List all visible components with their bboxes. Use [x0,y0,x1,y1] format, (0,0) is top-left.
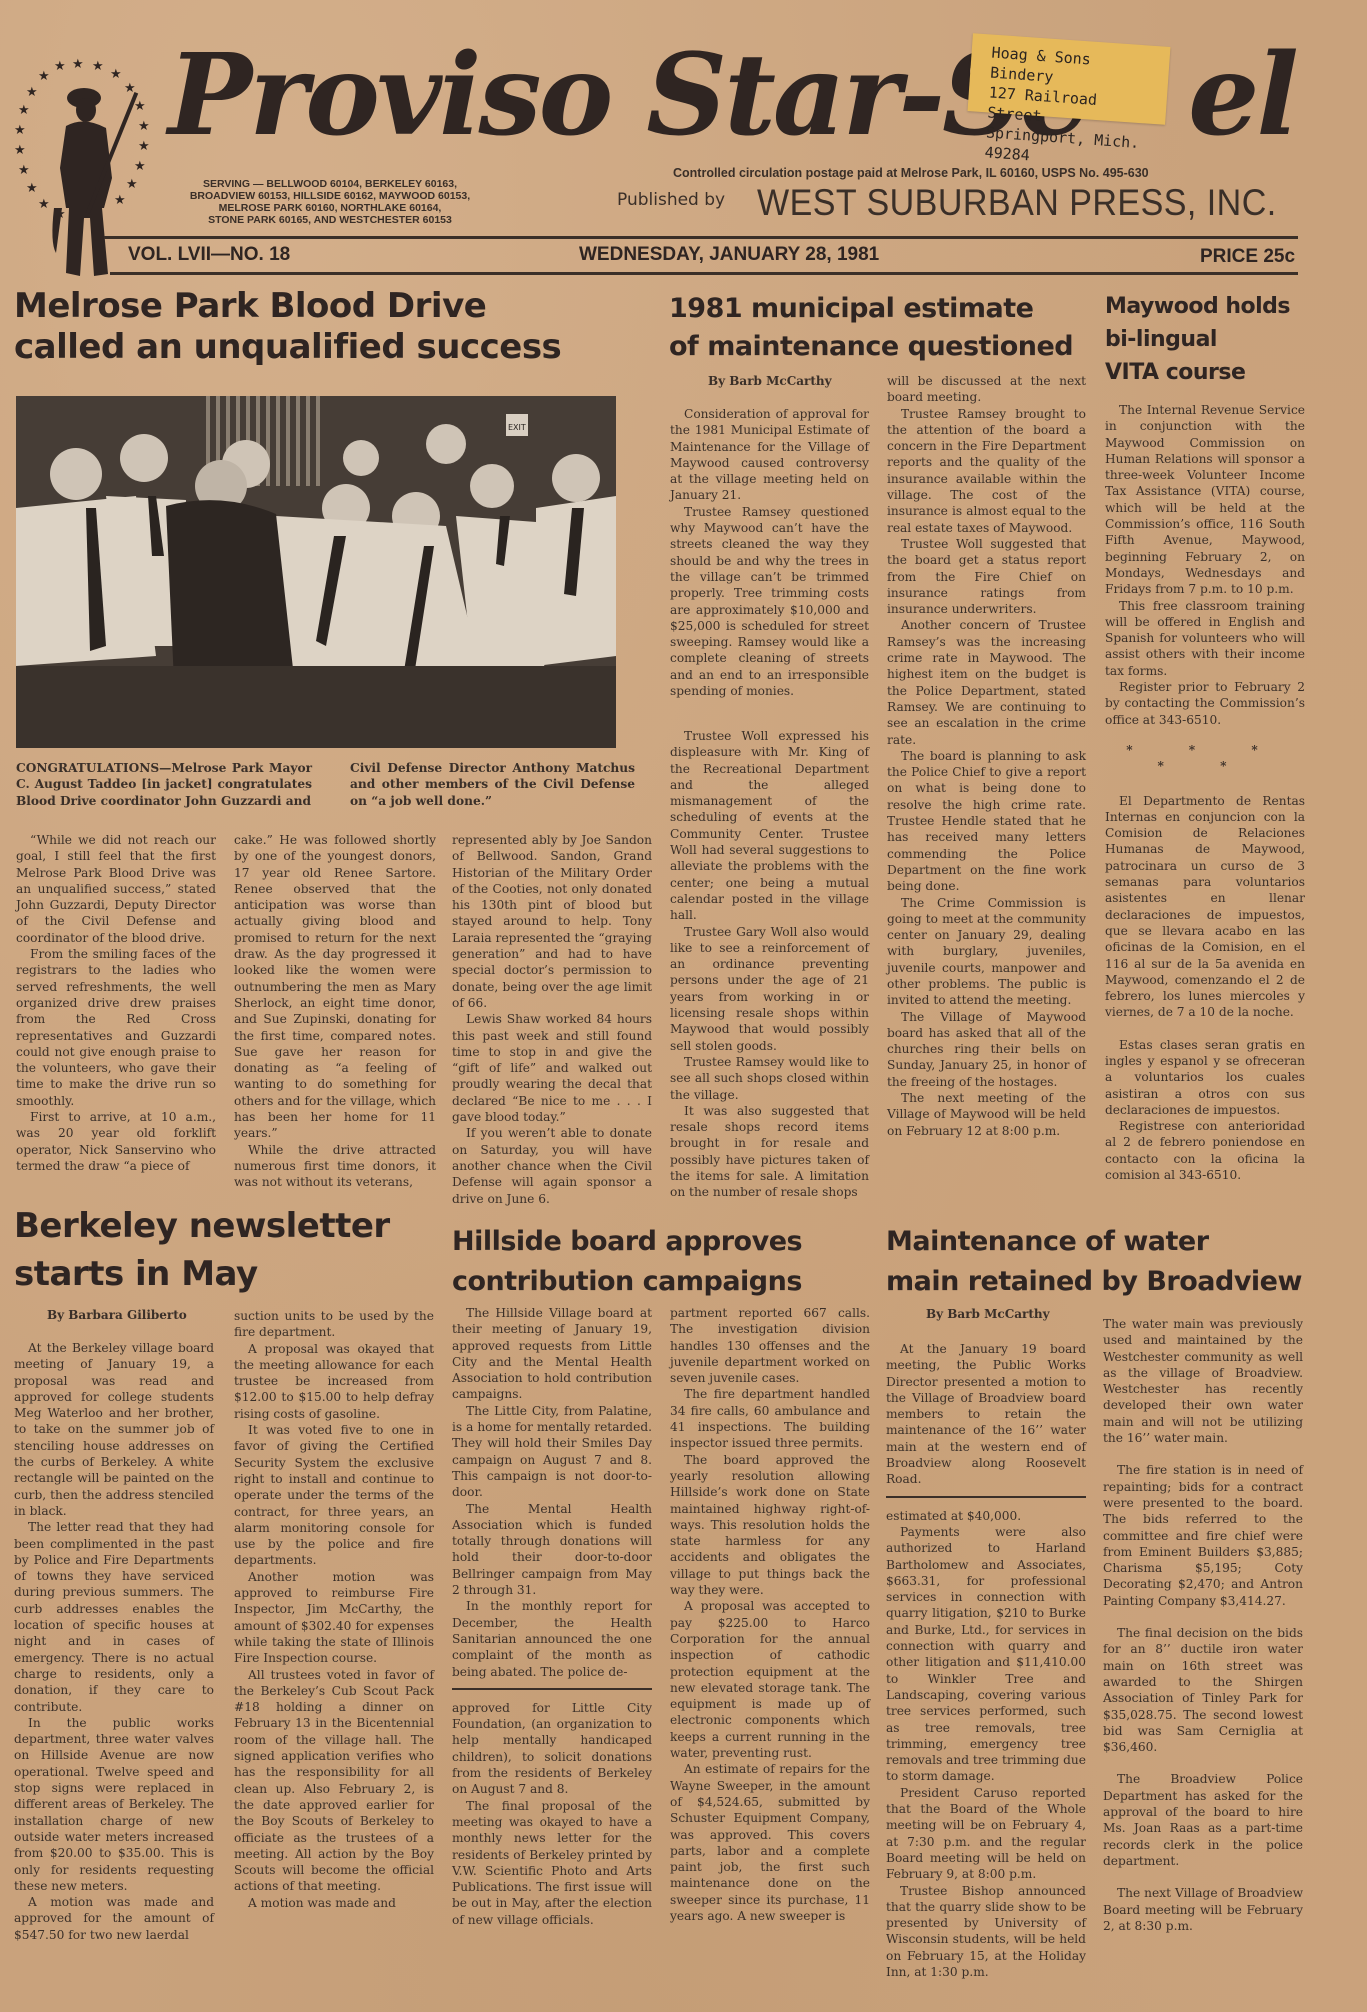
svg-text:★: ★ [38,69,50,84]
paragraph: Another concern of Trustee Ramsey’s was … [887,617,1086,747]
serving-line: STONE PARK 60165, AND WESTCHESTER 60153 [150,214,510,226]
paragraph: The fire department handled 34 fire call… [670,1386,870,1451]
paragraph: The fire station is in need of repaintin… [1103,1462,1303,1609]
svg-text:★: ★ [14,123,26,138]
photo-caption-left: CONGRATULATIONS—Melrose Park Mayor C. Au… [16,760,312,809]
paragraph: Trustee Ramsey would like to see all suc… [670,1054,869,1103]
paragraph: President Caruso reported that the Board… [886,1785,1086,1883]
paragraph: The Broadview Police Department has aske… [1103,1771,1303,1869]
paragraph: A proposal was okayed that the meeting a… [234,1341,434,1422]
svg-text:★: ★ [126,177,138,192]
svg-text:★: ★ [138,139,150,154]
headline-vita-course: Maywood holds bi-lingual VITA course [1105,290,1290,389]
paragraph: First to arrive, at 10 a.m., was 20 year… [16,1109,216,1174]
svg-text:★: ★ [134,159,146,174]
paragraph: Trustee Woll suggested that the board ge… [887,536,1086,617]
paragraph: represented ably by Joe Sandon of Bellwo… [452,832,652,1011]
paragraph: All trustees voted in favor of the Berke… [234,1667,434,1895]
paragraph: From the smiling faces of the registrars… [16,946,216,1109]
paragraph: The letter read that they had been compl… [14,1519,214,1715]
headline-line: Melrose Park Blood Drive [14,286,561,327]
svg-text:★: ★ [26,181,38,196]
paragraph: In the monthly report for December, the … [452,1598,652,1679]
headline-line: Hillside board approves [452,1222,802,1262]
paragraph: The Internal Revenue Service in conjunct… [1105,402,1305,598]
volume-number: VOL. LVII—NO. 18 [128,244,290,266]
section-separator: * * * * * [1105,742,1305,775]
paragraph: The Crime Commission is going to meet at… [887,895,1086,1009]
paragraph: The Village of Maywood board has asked t… [887,1009,1086,1090]
headline-line: starts in May [14,1250,390,1298]
paragraph: It was voted five to one in favor of giv… [234,1422,434,1569]
paragraph: “While we did not reach our goal, I stil… [16,832,216,946]
svg-text:★: ★ [138,119,150,134]
svg-text:★: ★ [54,59,66,74]
paragraph: partment reported 667 calls. The investi… [670,1305,870,1386]
paragraph: At the January 19 board meeting, the Pub… [886,1341,1086,1488]
paragraph: Estas clases seran gratis en ingles y es… [1105,1037,1305,1118]
municipal-column-1a: Consideration of approval for the 1981 M… [670,406,869,699]
paragraph: Register prior to February 2 by contacti… [1105,679,1305,728]
svg-text:★: ★ [92,59,104,74]
berkeley-column-1: At the Berkeley village board meeting of… [14,1340,214,1943]
berkeley-column-2: suction units to be used by the fire dep… [234,1308,434,1911]
paragraph: The board approved the yearly resolution… [670,1452,870,1599]
masthead-rule-top [104,236,1298,239]
paragraph: At the Berkeley village board meeting of… [14,1340,214,1519]
paragraph: The next meeting of the Village of Maywo… [887,1090,1086,1139]
paragraph: The final decision on the bids for an 8’… [1103,1625,1303,1755]
byline-municipal: By Barb McCarthy [708,374,832,388]
broadview-column-1: At the January 19 board meeting, the Pub… [886,1341,1086,1980]
serving-line: BROADVIEW 60153, HILLSIDE 60162, MAYWOOD… [150,190,510,202]
vita-column: The Internal Revenue Service in conjunct… [1105,402,1305,1183]
paragraph: A motion was made and [234,1895,434,1911]
issue-price: PRICE 25c [1200,246,1295,268]
paragraph: If you weren’t able to donate on Saturda… [452,1125,652,1206]
paragraph: Another motion was approved to reimburse… [234,1569,434,1667]
paragraph: The Mental Health Association which is f… [452,1501,652,1599]
serving-communities: SERVING — BELLWOOD 60104, BERKELEY 60163… [150,178,510,226]
svg-text:★: ★ [110,67,122,82]
paragraph: Trustee Bishop announced that the quarry… [886,1883,1086,1981]
headline-line: contribution campaigns [452,1262,802,1302]
paragraph: A motion was made and approved for the a… [14,1894,214,1943]
svg-text:★: ★ [38,197,50,212]
svg-text:★: ★ [14,143,26,158]
byline-broadview: By Barb McCarthy [926,1307,1050,1321]
paragraph: It was also suggested that resale shops … [670,1103,869,1201]
byline-berkeley: By Barbara Giliberto [47,1308,187,1322]
paragraph: estimated at $40,000. [886,1508,1086,1524]
postage-notice: Controlled circulation postage paid at M… [673,166,1149,180]
headline-line: VITA course [1105,356,1290,389]
hillside-column-1: The Hillside Village board at their meet… [452,1305,652,1928]
headline-broadview-water-main: Maintenance of water main retained by Br… [886,1222,1302,1302]
headline-blood-drive: Melrose Park Blood Drive called an unqua… [14,286,561,369]
paragraph: Trustee Ramsey brought to the attention … [887,406,1086,536]
jump-divider [452,1688,652,1690]
paragraph: Lewis Shaw worked 84 hours this past wee… [452,1011,652,1125]
photo-caption-right: Civil Defense Director Anthony Matchus a… [350,760,635,809]
masthead-rule-bottom [110,272,1298,275]
headline-hillside-board: Hillside board approves contribution cam… [452,1222,802,1302]
serving-line: MELROSE PARK 60160, NORTHLAKE 60164, [150,202,510,214]
svg-text:EXIT: EXIT [508,423,526,432]
svg-text:★: ★ [18,103,30,118]
paragraph: The Little City, from Palatine, is a hom… [452,1403,652,1501]
published-by-label: Published by [617,190,725,210]
headline-line: main retained by Broadview [886,1262,1302,1302]
headline-line: Maintenance of water [886,1222,1302,1262]
berkeley-continued-paragraph: The final proposal of the meeting was ok… [452,1798,652,1928]
paragraph: Payments were also authorized to Harland… [886,1524,1086,1785]
svg-text:★: ★ [18,163,30,178]
paragraph: In the public works department, three wa… [14,1715,214,1894]
blood-drive-column-2: cake.” He was followed shortly by one of… [234,832,436,1191]
paragraph: cake.” He was followed shortly by one of… [234,832,436,1142]
blood-drive-photo: EXIT [16,396,616,748]
svg-text:★: ★ [26,85,38,100]
paragraph: An estimate of repairs for the Wayne Swe… [670,1761,870,1924]
serving-line: SERVING — BELLWOOD 60104, BERKELEY 60163… [150,178,510,190]
mailing-address-label: Hoag & Sons Bindery 127 Railroad Street … [968,33,1171,125]
paragraph: Trustee Ramsey questioned why Maywood ca… [670,504,869,700]
publisher-name: WEST SUBURBAN PRESS, INC. [757,182,1277,224]
headline-municipal-estimate: 1981 municipal estimate of maintenance q… [669,290,1073,366]
issue-date: WEDNESDAY, JANUARY 28, 1981 [579,244,879,266]
paragraph: Consideration of approval for the 1981 M… [670,406,869,504]
paragraph: suction units to be used by the fire dep… [234,1308,434,1341]
paragraph: This free classroom training will be off… [1105,598,1305,679]
paragraph: Registrese con anterioridad al 2 de febr… [1105,1118,1305,1183]
municipal-column-2: will be discussed at the next board meet… [887,373,1086,1139]
headline-line: Maywood holds [1105,290,1290,323]
headline-berkeley-newsletter: Berkeley newsletter starts in May [14,1202,390,1298]
broadview-column-2: The water main was previously used and m… [1103,1316,1303,1934]
blood-drive-column-1: “While we did not reach our goal, I stil… [16,832,216,1174]
jump-divider [886,1496,1086,1498]
svg-text:★: ★ [134,99,146,114]
municipal-column-1b: Trustee Woll expressed his displeasure w… [670,728,869,1201]
paragraph: Trustee Gary Woll also would like to see… [670,924,869,1054]
blood-drive-column-3: represented ably by Joe Sandon of Bellwo… [452,832,652,1207]
paragraph: will be discussed at the next board meet… [887,373,1086,406]
headline-line: 1981 municipal estimate [669,290,1073,328]
headline-line: of maintenance questioned [669,328,1073,366]
paragraph: El Departmento de Rentas Internas en con… [1105,793,1305,1021]
headline-line: Berkeley newsletter [14,1202,390,1250]
paragraph: While the drive attracted numerous first… [234,1142,436,1191]
svg-text:★: ★ [72,58,84,72]
hillside-column-2: partment reported 667 calls. The investi… [670,1305,870,1924]
paragraph: The water main was previously used and m… [1103,1316,1303,1446]
paragraph: Trustee Woll expressed his displeasure w… [670,728,869,924]
paragraph: The next Village of Broadview Board meet… [1103,1885,1303,1934]
paragraph: A proposal was accepted to pay $225.00 t… [670,1598,870,1761]
svg-text:★: ★ [114,193,126,208]
berkeley-continued-paragraph: approved for Little City Foundation, (an… [452,1700,652,1798]
headline-line: bi-lingual [1105,323,1290,356]
paragraph: The Hillside Village board at their meet… [452,1305,652,1403]
paragraph: The board is planning to ask the Police … [887,748,1086,895]
headline-line: called an unqualified success [14,327,561,368]
